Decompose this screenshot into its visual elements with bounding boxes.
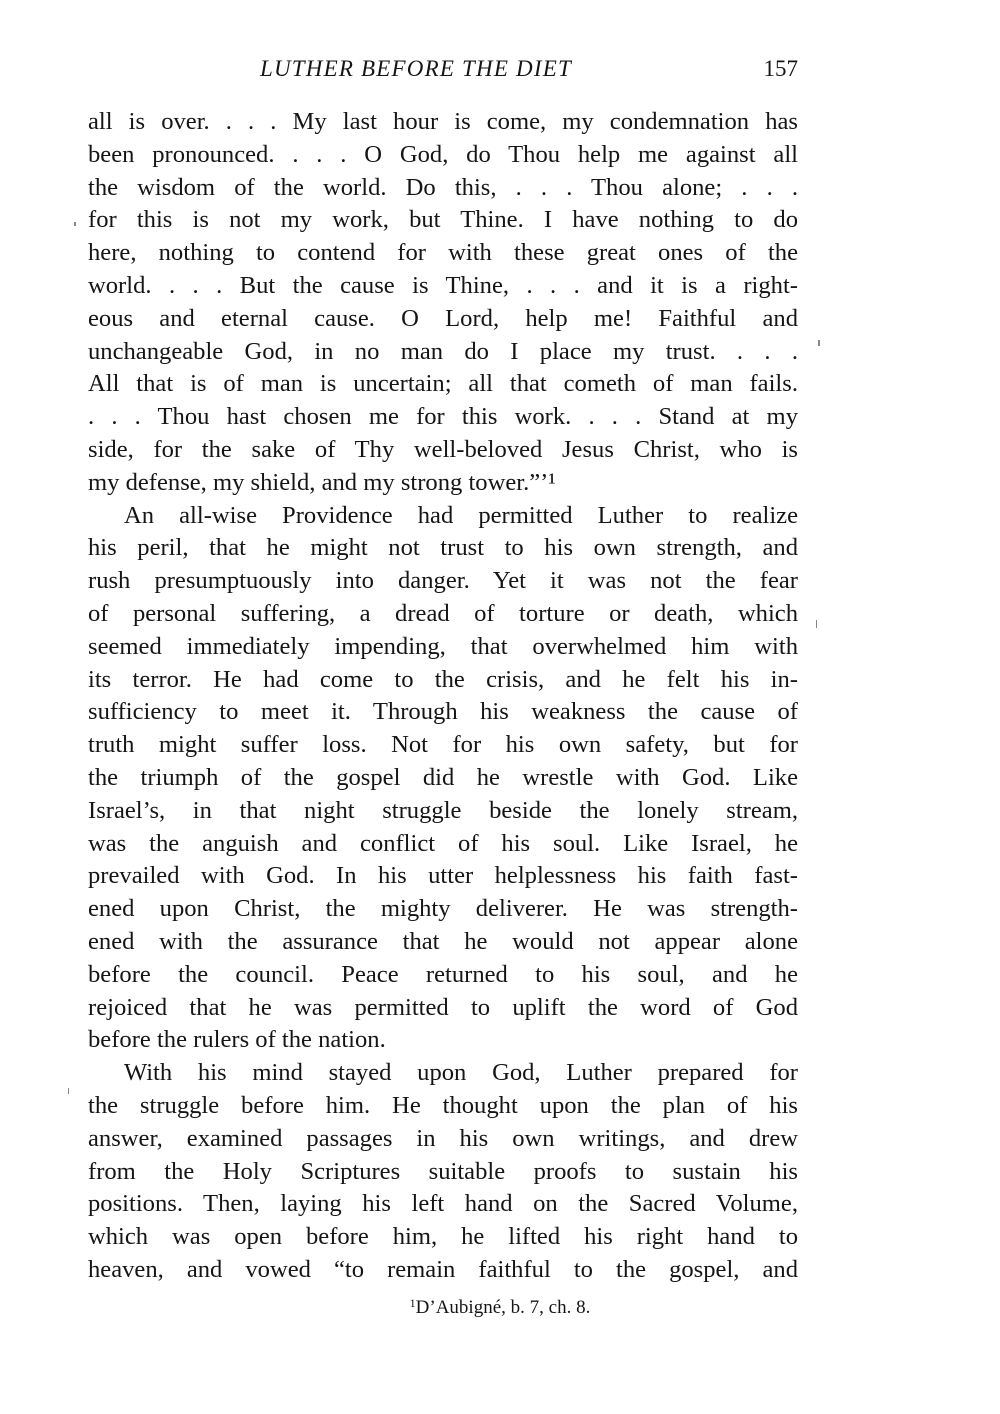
text-line: rejoiced that he was permitted to uplift… — [88, 992, 798, 1025]
text-line: world. . . . But the cause is Thine, . .… — [88, 270, 798, 303]
paragraph: all is over. . . . My last hour is come,… — [88, 106, 798, 500]
page-number: 157 — [764, 56, 799, 82]
text-line: the triumph of the gospel did he wrestle… — [88, 762, 798, 795]
running-title: LUTHER BEFORE THE DIET — [260, 56, 572, 82]
text-line: Israel’s, in that night struggle beside … — [88, 795, 798, 828]
text-line: here, nothing to contend for with these … — [88, 237, 798, 270]
text-line: side, for the sake of Thy well-beloved J… — [88, 434, 798, 467]
text-line: positions. Then, laying his left hand on… — [88, 1188, 798, 1221]
text-line: for this is not my work, but Thine. I ha… — [88, 204, 798, 237]
text-line: ened upon Christ, the mighty deliverer. … — [88, 893, 798, 926]
text-line: from the Holy Scriptures suitable proofs… — [88, 1156, 798, 1189]
text-line: all is over. . . . My last hour is come,… — [88, 106, 798, 139]
text-line: An all-wise Providence had permitted Lut… — [88, 500, 798, 533]
text-line: the wisdom of the world. Do this, . . . … — [88, 172, 798, 205]
book-page: LUTHER BEFORE THE DIET 157 all is over. … — [0, 0, 1000, 1414]
text-line: seemed immediately impending, that overw… — [88, 631, 798, 664]
scan-speck — [818, 340, 820, 346]
running-head: LUTHER BEFORE THE DIET 157 — [88, 56, 798, 86]
text-line: before the council. Peace returned to hi… — [88, 959, 798, 992]
text-line: With his mind stayed upon God, Luther pr… — [88, 1057, 798, 1090]
text-line: rush presumptuously into danger. Yet it … — [88, 565, 798, 598]
body-text: all is over. . . . My last hour is come,… — [88, 106, 798, 1287]
text-line: sufficiency to meet it. Through his weak… — [88, 696, 798, 729]
text-line: prevailed with God. In his utter helples… — [88, 860, 798, 893]
text-line: my defense, my shield, and my strong tow… — [88, 467, 798, 500]
paragraph: An all-wise Providence had permitted Lut… — [88, 500, 798, 1058]
text-line: his peril, that he might not trust to hi… — [88, 532, 798, 565]
text-line: of personal suffering, a dread of tortur… — [88, 598, 798, 631]
text-line: All that is of man is uncertain; all tha… — [88, 368, 798, 401]
scan-speck — [816, 620, 817, 628]
text-line: answer, examined passages in his own wri… — [88, 1123, 798, 1156]
text-line: was the anguish and conflict of his soul… — [88, 828, 798, 861]
text-line: been pronounced. . . . O God, do Thou he… — [88, 139, 798, 172]
footnote-text: D’Aubigné, b. 7, ch. 8. — [416, 1297, 591, 1318]
text-line: before the rulers of the nation. — [88, 1024, 798, 1057]
text-line: unchangeable God, in no man do I place m… — [88, 336, 798, 369]
text-line: truth might suffer loss. Not for his own… — [88, 729, 798, 762]
scan-speck — [74, 222, 76, 226]
text-line: . . . Thou hast chosen me for this work.… — [88, 401, 798, 434]
scan-speck — [68, 1088, 69, 1094]
text-line: ened with the assurance that he would no… — [88, 926, 798, 959]
text-line: heaven, and vowed “to remain faithful to… — [88, 1254, 798, 1287]
footnote: 1D’Aubigné, b. 7, ch. 8. — [0, 1296, 1000, 1319]
paragraph: With his mind stayed upon God, Luther pr… — [88, 1057, 798, 1287]
text-line: its terror. He had come to the crisis, a… — [88, 664, 798, 697]
text-line: eous and eternal cause. O Lord, help me!… — [88, 303, 798, 336]
text-line: which was open before him, he lifted his… — [88, 1221, 798, 1254]
text-line: the struggle before him. He thought upon… — [88, 1090, 798, 1123]
